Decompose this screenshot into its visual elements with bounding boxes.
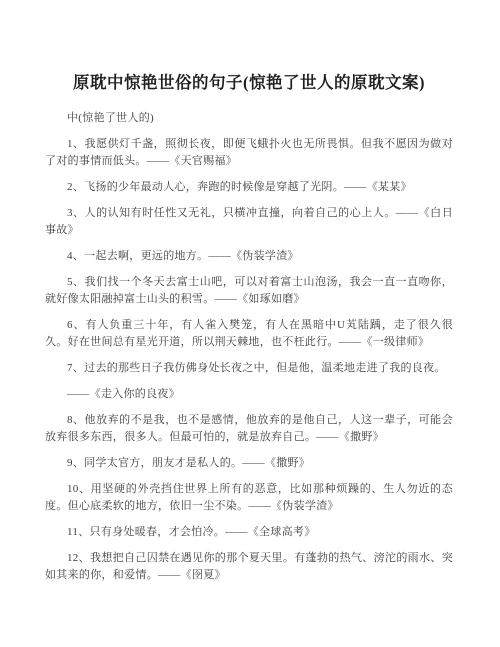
- paragraph: 5、我们找一个冬天去富士山吧，可以对着富士山泡汤，我会一直一直吻你，就好像太阳融…: [45, 274, 453, 308]
- document-page: 原耽中惊艳世俗的句子(惊艳了世人的原耽文案) 中(惊艳了世人的) 1、我愿供灯千…: [0, 0, 500, 647]
- paragraph: 4、一起去啊，更远的地方。——《伪装学渣》: [45, 248, 453, 265]
- paragraph: 12、我想把自己囚禁在遇见你的那个夏天里。有蓬勃的热气、滂沱的雨水、突如其来的你…: [45, 550, 453, 584]
- paragraph: 1、我愿供灯千盏，照彻长夜，即便飞蛾扑火也无所畏惧。但我不愿因为做对了对的事情而…: [45, 136, 453, 170]
- paragraph-list: 1、我愿供灯千盏，照彻长夜，即便飞蛾扑火也无所畏惧。但我不愿因为做对了对的事情而…: [45, 136, 453, 584]
- paragraph: 9、同学太官方，朋友才是私人的。——《撒野》: [45, 455, 453, 472]
- paragraph: 2、飞扬的少年最动人心，奔跑的时候像是穿越了光阴。——《某某》: [45, 179, 453, 196]
- intro-line: 中(惊艳了世人的): [45, 110, 453, 127]
- document-title: 原耽中惊艳世俗的句子(惊艳了世人的原耽文案): [45, 72, 453, 93]
- paragraph: 7、过去的那些日子我仿佛身处长夜之中，但是他，温柔地走进了我的良夜。: [45, 360, 453, 377]
- paragraph: 8、他放弃的不是我，也不是感情，他放弃的是他自己，人这一辈子，可能会放弃很多东西…: [45, 412, 453, 446]
- paragraph: ——《走入你的良夜》: [45, 386, 453, 403]
- paragraph: 3、人的认知有时任性又无礼，只横冲直撞，向着自己的心上人。——《白日事故》: [45, 205, 453, 239]
- paragraph: 11、只有身处暖春，才会怕冷。——《全球高考》: [45, 524, 453, 541]
- paragraph: 10、用坚硬的外壳挡住世界上所有的恶意，比如那种烦躁的、生人勿近的态度。但心底柔…: [45, 481, 453, 515]
- paragraph: 6、有人负重三十年，有人雀入樊笼，有人在黑暗中U芄陆踽，走了很久很久。好在世间总…: [45, 317, 453, 351]
- document-content: 原耽中惊艳世俗的句子(惊艳了世人的原耽文案) 中(惊艳了世人的) 1、我愿供灯千…: [0, 0, 500, 584]
